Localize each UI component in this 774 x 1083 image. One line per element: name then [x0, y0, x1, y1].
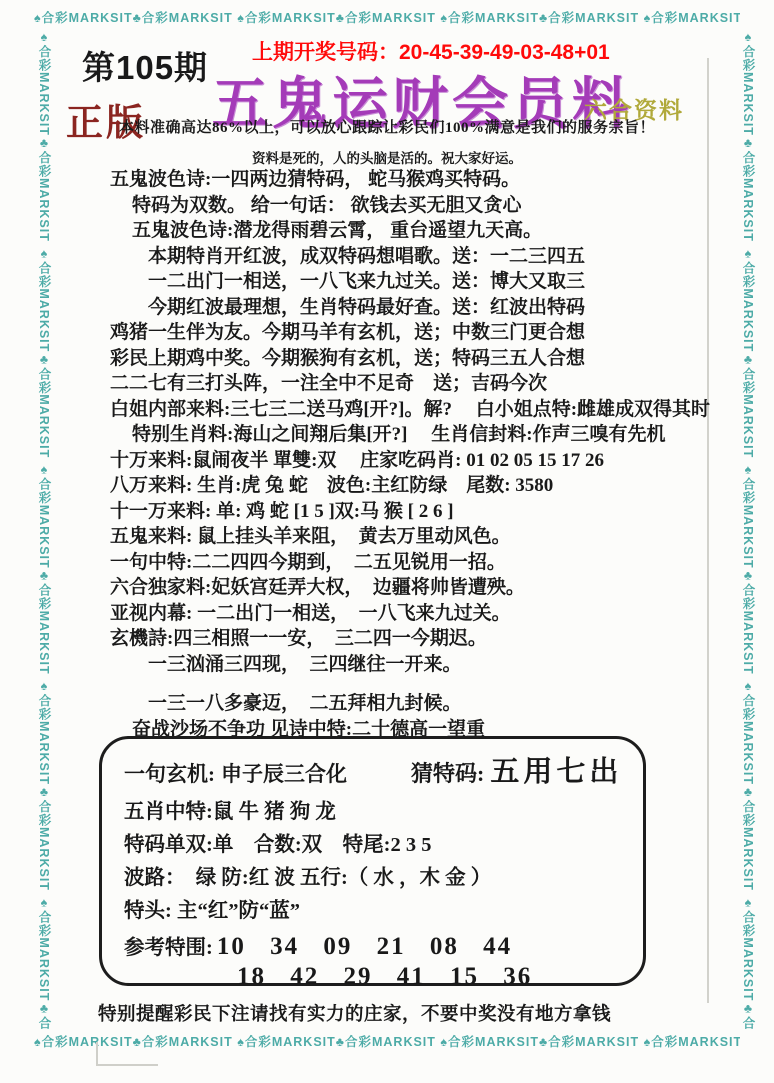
tip-line: 一二出门一相送，一八飞来九过关。送：博大又取三 — [148, 269, 685, 295]
lottery-tip-sheet: ♠合彩MARKSIT♣合彩MARKSIT ♠合彩MARKSIT♣合彩MARKSI… — [0, 0, 774, 1083]
tip-line: 一句中特:二二四四今期到， 二五见锐用一招。 — [110, 550, 685, 576]
guess-special-value: 五用七出 — [490, 749, 622, 790]
mystery-value: 申子辰三合化 — [221, 758, 347, 788]
corner-fold-mark — [96, 1042, 158, 1066]
box-lines: 五肖中特:鼠 牛 猪 狗 龙特码单双:单 合数:双 特尾:2 3 5波路： 绿 … — [124, 796, 643, 928]
mystery-label: 一句玄机: — [124, 758, 215, 788]
guess-special-label: 猜特码: — [411, 757, 484, 788]
tip-line: 特别生肖料:海山之间翔后集[开?] 生肖信封料:作声三嗅有先机 — [132, 422, 685, 448]
box-line: 五肖中特:鼠 牛 猪 狗 龙 — [124, 796, 643, 829]
mystery-row: 一句玄机: 申子辰三合化 猜特码: 五用七出 — [124, 749, 643, 790]
tip-line: 今期红波最理想，生肖特码最好查。送：红波出特码 — [148, 295, 685, 321]
tip-line: 十一万来料: 单: 鸡 蛇 [1 5 ]双:马 猴 [ 2 6 ] — [110, 499, 685, 525]
tip-line: 亚视内幕: 一二出门一相送， 一八飞来九过关。 — [110, 601, 685, 627]
tip-line: 五鬼来料: 鼠上挂头羊来阻， 黄去万里动风色。 — [110, 524, 685, 550]
tip-line: 特码为双数。 给一句话： 欲钱去买无胆又贪心 — [132, 193, 685, 219]
box-line: 波路： 绿 防:红 波 五行:（ 水 ，木 金 ） — [124, 862, 643, 895]
border-pattern-right: ♠合彩MARKSIT♣合彩MARKSIT ♠合彩MARKSIT♣合彩MARKSI… — [738, 30, 758, 1030]
tip-line: 鸡猪一生伴为友。今期马羊有玄机，送；中数三门更合想 — [110, 320, 685, 346]
reference-numbers-row1: 参考特围: 10 34 09 21 08 44 — [124, 930, 643, 961]
border-pattern-top: ♠合彩MARKSIT♣合彩MARKSIT ♠合彩MARKSIT♣合彩MARKSI… — [34, 8, 740, 28]
issue-number: 第105期 — [82, 42, 208, 89]
border-pattern-left: ♠合彩MARKSIT♣合彩MARKSIT ♠合彩MARKSIT♣合彩MARKSI… — [34, 30, 54, 1030]
tip-line: 十万来料:鼠闹夜半 單雙:双 庄家吃码肖: 01 02 05 15 17 26 — [110, 448, 685, 474]
tip-line: 二二七有三打头阵，一注全中不足奇 送；吉码今次 — [110, 371, 685, 397]
reference-label: 参考特围: — [124, 930, 213, 960]
reminder-warning: 特别提醒彩民下注请找有实力的庄家，不要中奖没有地方拿钱 — [98, 1000, 611, 1026]
tip-line: 五鬼波色诗:一四两边猜特码， 蛇马猴鸡买特码。 — [110, 167, 685, 193]
tip-line: 一三汹涌三四现， 三四继往一开来。 — [148, 652, 685, 678]
accuracy-tagline: 本料准确高达86%以上，可以放心跟踪让彩民们100%满意是我们的服务宗旨！ — [0, 116, 774, 137]
prediction-box: 一句玄机: 申子辰三合化 猜特码: 五用七出 五肖中特:鼠 牛 猪 狗 龙特码单… — [99, 736, 646, 986]
tip-line: 彩民上期鸡中奖。今期猴狗有玄机，送；特码三五人合想 — [110, 346, 685, 372]
tip-line: 六合独家料:妃妖宫廷弄大权， 边疆将帅皆遭殃。 — [110, 575, 685, 601]
reference-numbers-row2: 18 42 29 41 15 36 — [124, 963, 643, 991]
reference-numbers-line2: 18 42 29 41 15 36 — [237, 963, 532, 991]
box-line: 特头: 主“红”防“蓝” — [124, 895, 643, 928]
tip-line: 一三一八多豪迈， 二五拜相九封候。 — [148, 691, 685, 717]
box-line: 特码单双:单 合数:双 特尾:2 3 5 — [124, 829, 643, 862]
tip-line: 五鬼波色诗:潜龙得雨碧云霄， 重台遥望九天高。 — [132, 218, 685, 244]
reference-numbers-line1: 10 34 09 21 08 44 — [217, 933, 512, 961]
page-edge-shadow — [707, 58, 709, 1003]
tip-line: 本期特肖开红波，成双特码想唱歌。送：一二三四五 — [148, 244, 685, 270]
tip-line: 玄機詩:四三相照一一安， 三二四一今期迟。 — [110, 626, 685, 652]
tip-line: 白姐内部来料:三七三二送马鸡[开?]。解? 白小姐点特:雌雄成双得其时 — [110, 397, 685, 423]
tip-line: 八万来料: 生肖:虎 兔 蛇 波色:主红防绿 尾数: 3580 — [110, 473, 685, 499]
tip-lines: 五鬼波色诗:一四两边猜特码， 蛇马猴鸡买特码。特码为双数。 给一句话： 欲钱去买… — [110, 167, 685, 742]
motto-line: 资料是死的，人的头脑是活的。祝大家好运。 — [0, 147, 774, 167]
